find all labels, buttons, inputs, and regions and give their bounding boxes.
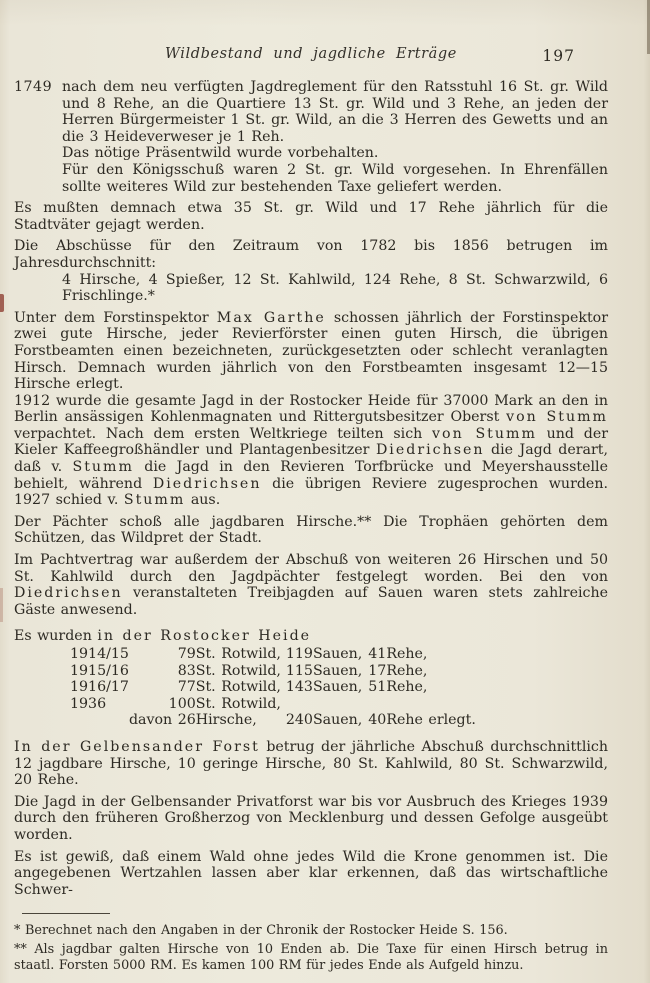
- table-cell: 1916/17: [70, 679, 129, 696]
- footnote-2: ** Als jagdbar galten Hirsche von 10 End…: [14, 942, 608, 974]
- table-cell: Rehe,: [386, 663, 476, 680]
- table-cell: [386, 696, 476, 713]
- text-segment: verpachtet. Nach dem ersten Weltkriege t…: [14, 426, 432, 442]
- text-segment: Unter dem Forstinspektor: [14, 310, 217, 326]
- table-cell: 83: [129, 663, 196, 680]
- text-segment: Es wurden: [14, 628, 97, 644]
- text-segment: Diedrichsen: [153, 476, 262, 492]
- page-header: Wildbestand und jagdliche Erträge 197: [14, 46, 608, 79]
- table-cell: St. Rotwild,: [196, 696, 281, 713]
- table-cell: Sauen,: [313, 646, 362, 663]
- paragraph-lease-1912: 1912 wurde die gesamte Jagd in der Rosto…: [14, 393, 608, 509]
- table-cell: 115: [281, 663, 313, 680]
- table-row: 1915/1683St. Rotwild,115Sauen,17Rehe,: [70, 663, 476, 680]
- table-cell: Rehe,: [386, 646, 476, 663]
- page-number: 197: [542, 47, 575, 65]
- paragraph-privatforst: Die Jagd in der Gelbensander Privatforst…: [14, 794, 608, 844]
- paragraph-average-intro: Die Abschüsse für den Zeitraum von 1782 …: [14, 238, 608, 271]
- table-cell: 1936: [70, 696, 129, 713]
- text-segment: Stumm: [124, 492, 185, 508]
- table-row: davon 26Hirsche,240Sauen,40Rehe erlegt.: [70, 712, 476, 729]
- page-edge-mark: [0, 588, 3, 622]
- entry-1749-note: Das nötige Präsentwild wurde vorbehalten…: [62, 145, 608, 162]
- table-cell: St. Rotwild,: [196, 679, 281, 696]
- table-cell: [313, 696, 362, 713]
- paragraph-average-detail: 4 Hirsche, 4 Spießer, 12 St. Kahlwild, 1…: [14, 272, 608, 305]
- harvest-table-body: 1914/1579St. Rotwild,119Sauen,41Rehe,191…: [70, 646, 476, 729]
- table-cell: 77: [129, 679, 196, 696]
- table-cell: 79: [129, 646, 196, 663]
- page-edge-mark: [0, 294, 4, 312]
- running-title: Wildbestand und jagdliche Erträge: [14, 46, 608, 62]
- table-cell: Hirsche,: [196, 712, 281, 729]
- table-cell: 1914/15: [70, 646, 129, 663]
- table-cell: 17: [362, 663, 386, 680]
- text-segment: in der Rostocker Heide: [97, 628, 311, 644]
- text-segment: aus.: [185, 492, 220, 508]
- text-segment: Im Pachtvertrag war außerdem der Abschuß…: [14, 552, 608, 585]
- text-segment: In der Gelbensander Forst: [14, 739, 260, 755]
- table-row: 1936100St. Rotwild,: [70, 696, 476, 713]
- table-cell: Rehe,: [386, 679, 476, 696]
- table-cell: [281, 696, 313, 713]
- footnote-1: * Berechnet nach den Angaben in der Chro…: [14, 923, 608, 939]
- harvest-table-intro: Es wurden in der Rostocker Heide: [14, 628, 608, 645]
- table-cell: 51: [362, 679, 386, 696]
- table-cell: St. Rotwild,: [196, 646, 281, 663]
- entry-1749-text: nach dem neu verfügten Jagdreglement für…: [62, 79, 608, 145]
- table-cell: [70, 712, 129, 729]
- text-segment: Diedrichsen: [376, 442, 485, 458]
- harvest-table: 1914/1579St. Rotwild,119Sauen,41Rehe,191…: [70, 646, 476, 729]
- page-body: 1749 nach dem neu verfügten Jagdreglemen…: [14, 79, 608, 974]
- paragraph-gelbensander: In der Gelbensander Forst betrug der jäh…: [14, 739, 608, 789]
- table-row: 1914/1579St. Rotwild,119Sauen,41Rehe,: [70, 646, 476, 663]
- footnote-divider: [22, 913, 110, 914]
- paragraph-schluss: Es ist gewiß, daß einem Wald ohne jedes …: [14, 849, 608, 899]
- table-cell: Sauen,: [313, 663, 362, 680]
- table-cell: Rehe erlegt.: [386, 712, 476, 729]
- table-cell: Sauen,: [313, 679, 362, 696]
- text-segment: Stumm: [73, 459, 134, 475]
- table-cell: 100: [129, 696, 196, 713]
- table-cell: 40: [362, 712, 386, 729]
- table-cell: 119: [281, 646, 313, 663]
- table-cell: davon 26: [129, 712, 196, 729]
- table-cell: 143: [281, 679, 313, 696]
- book-page: Wildbestand und jagdliche Erträge 197 17…: [0, 0, 650, 983]
- text-segment: von Stumm: [432, 426, 537, 442]
- entry-1749-note: Für den Königsschuß waren 2 St. gr. Wild…: [62, 162, 608, 195]
- table-cell: St. Rotwild,: [196, 663, 281, 680]
- text-segment: Diedrichsen: [14, 585, 123, 601]
- table-row: 1916/1777St. Rotwild,143Sauen,51Rehe,: [70, 679, 476, 696]
- year-label: 1749: [14, 79, 52, 96]
- paragraph-1749-entry: 1749 nach dem neu verfügten Jagdreglemen…: [14, 79, 608, 195]
- text-segment: von Stumm: [506, 409, 608, 425]
- table-cell: Sauen,: [313, 712, 362, 729]
- table-cell: 240: [281, 712, 313, 729]
- paragraph-garthe: Unter dem Forstinspektor Max Garthe scho…: [14, 310, 608, 393]
- text-segment: Max Garthe: [217, 310, 326, 326]
- table-cell: 41: [362, 646, 386, 663]
- paragraph-demand: Es mußten demnach etwa 35 St. gr. Wild u…: [14, 200, 608, 233]
- table-cell: [362, 696, 386, 713]
- paragraph-paechter: Der Pächter schoß alle jagdbaren Hirsche…: [14, 514, 608, 547]
- table-cell: 1915/16: [70, 663, 129, 680]
- paragraph-pachtvertrag: Im Pachtvertrag war außerdem der Abschuß…: [14, 552, 608, 618]
